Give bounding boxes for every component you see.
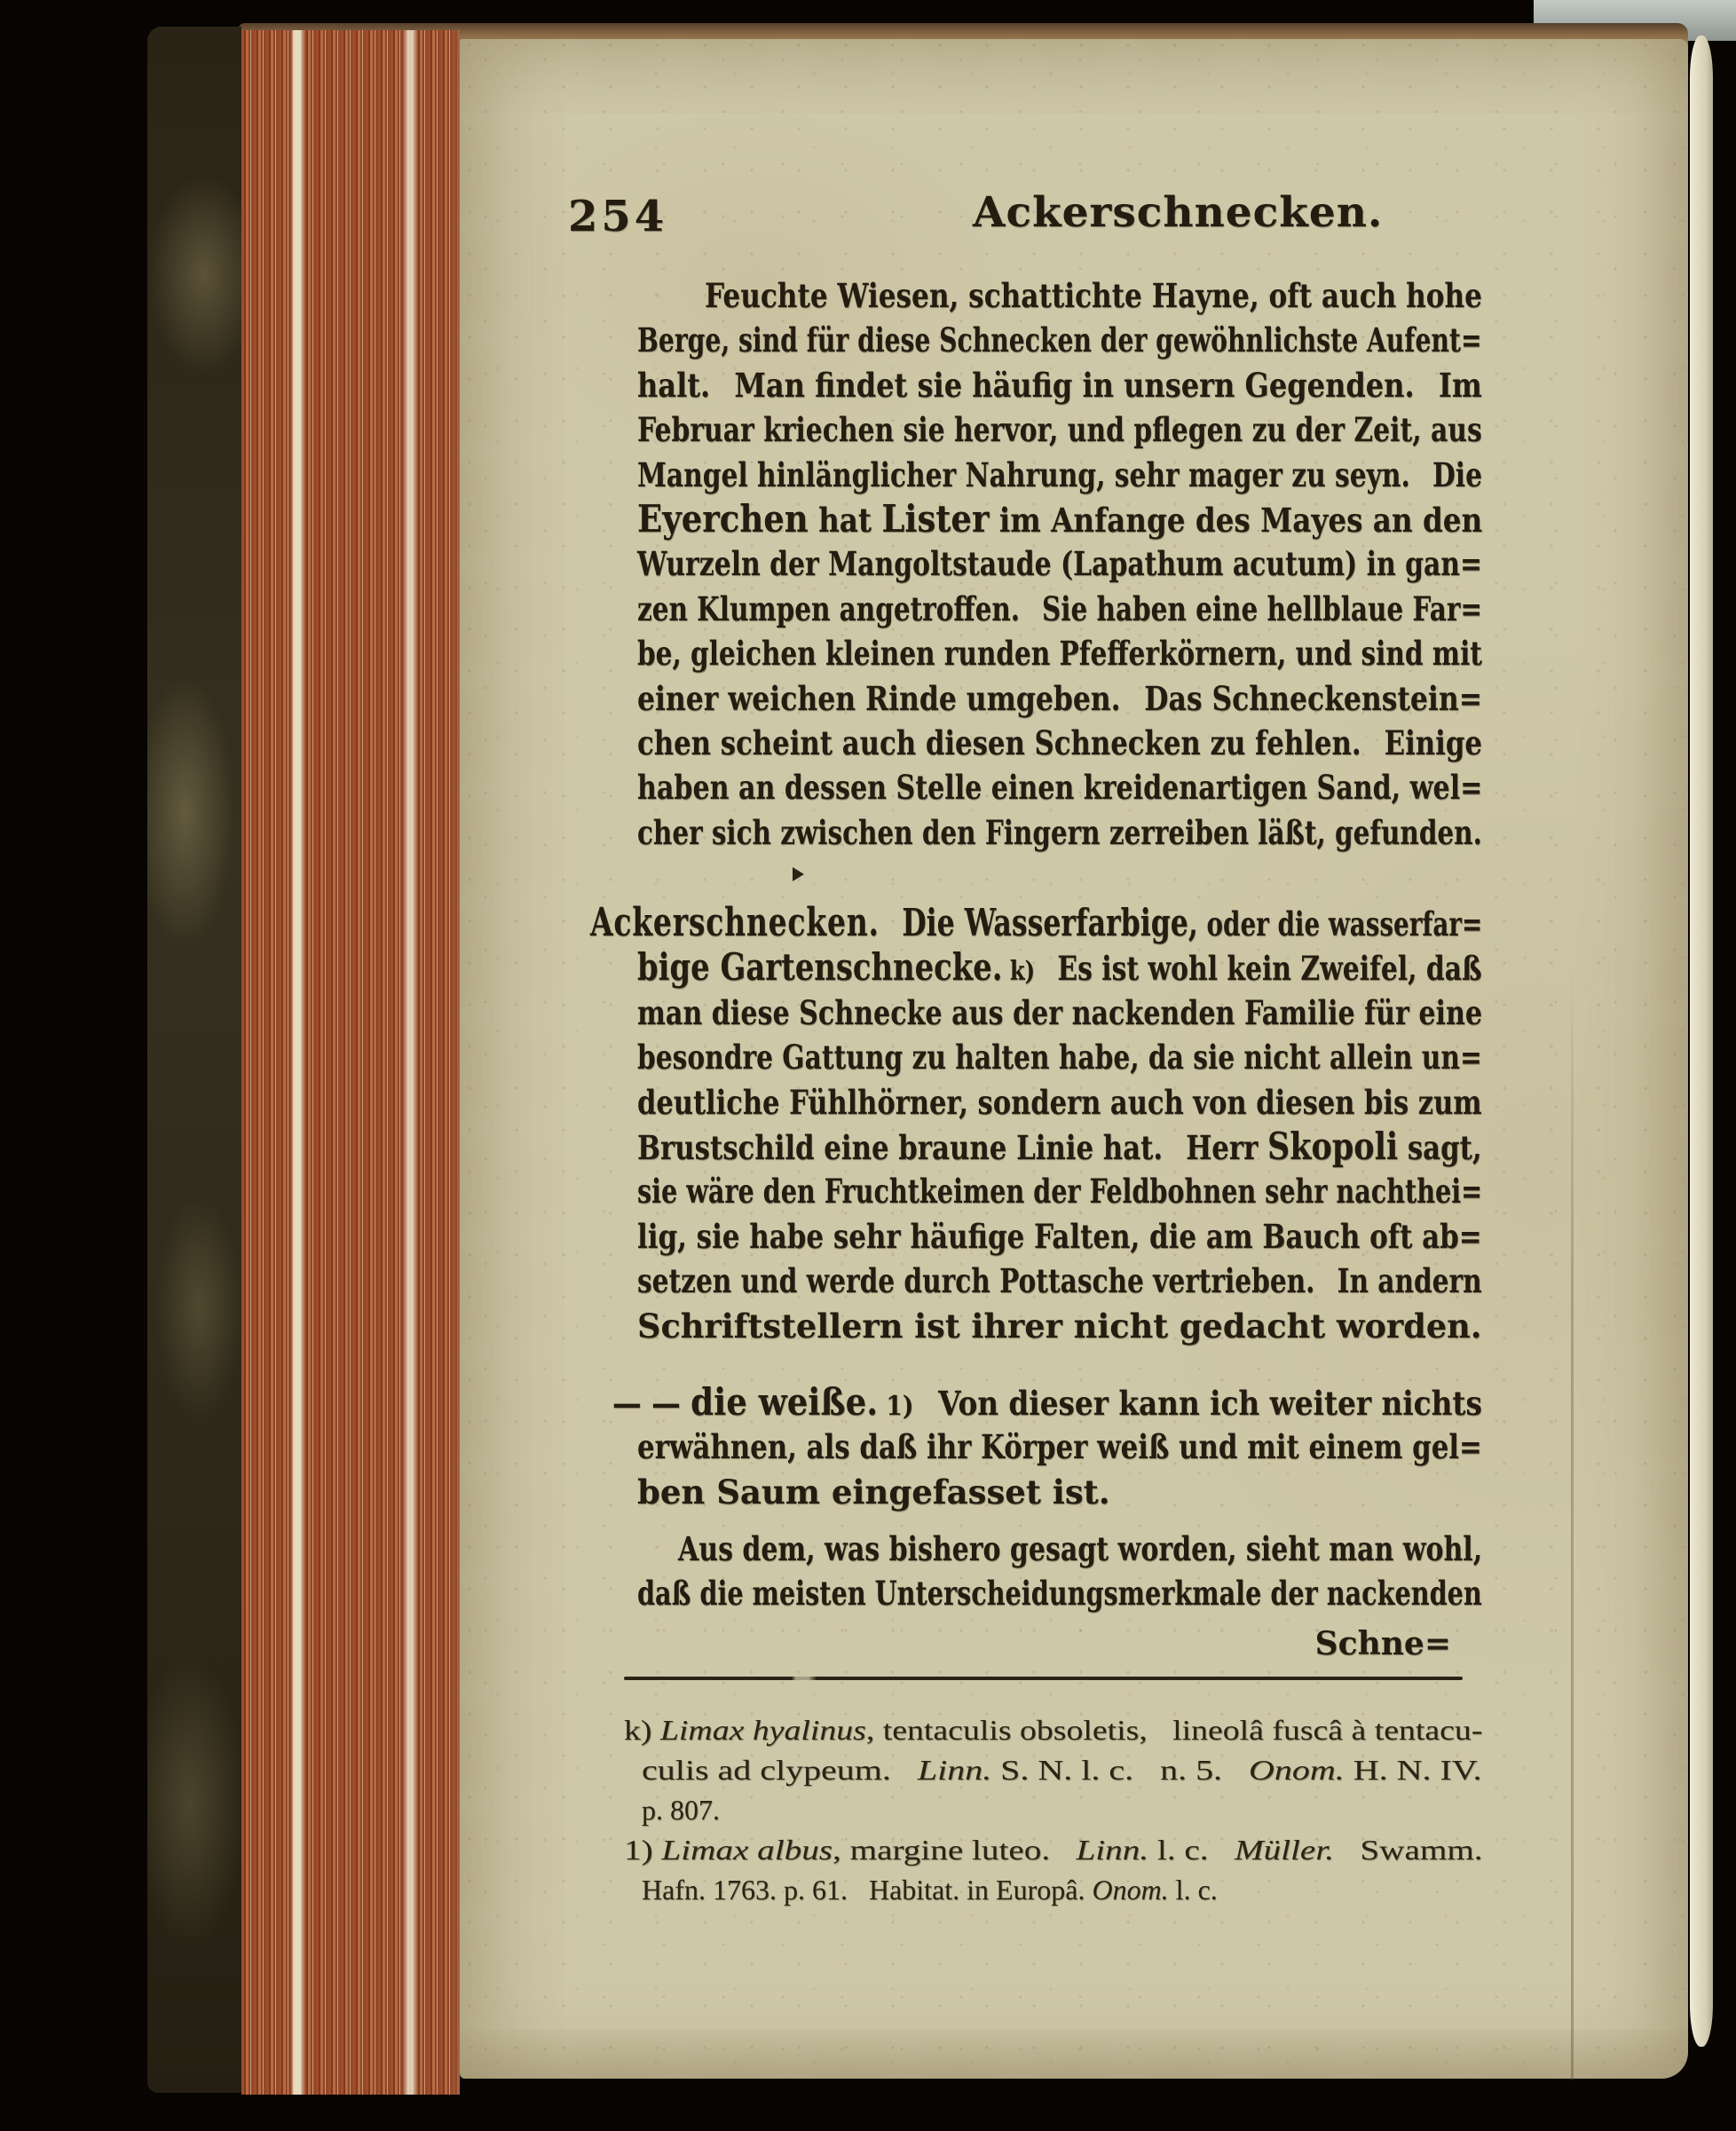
entry-word: Ackerschnecken.: [590, 900, 880, 945]
book-scan-photo: 254 Ackerschnecken. Feuchte Wiesen, scha…: [0, 0, 1736, 2131]
text-line: sie wäre den Fruchtkeimen der Feldbohnen…: [637, 1169, 1482, 1213]
line-text: cher sich zwischen den Fingern zerreiben…: [637, 810, 1482, 855]
text-line: Schriftstellern ist ihrer nicht gedacht …: [637, 1304, 1482, 1348]
emph-name: die weiße.: [690, 1380, 878, 1424]
text-line: Brustschild eine braune Linie hat. Herr …: [637, 1125, 1482, 1169]
paragraph-3: — — die weiße. 1) Von dieser kann ich we…: [637, 1380, 1482, 1514]
line-text: Von dieser kann ich weiter nichts: [913, 1384, 1481, 1423]
line-text: Eyerchen hat Lister im Anfange des Mayes…: [637, 497, 1482, 542]
line-text: sagt,: [1398, 1128, 1481, 1167]
latin-italic: Limax albus: [661, 1834, 832, 1866]
text-line: man diese Schnecke aus der nackenden Fam…: [637, 991, 1482, 1035]
footnote-label: k): [624, 1714, 660, 1746]
line-text: k) Limax hyalinus, tentaculis obsoletis,…: [624, 1710, 1482, 1750]
line-text: im Anfange des Mayes an den: [989, 501, 1482, 540]
line-text: chen scheint auch diesen Schnecken zu fe…: [637, 721, 1482, 765]
latin-italic: Linn.: [918, 1754, 991, 1786]
line-text: Berge, sind für diese Schnecken der gewö…: [637, 318, 1482, 362]
line-text: , margine luteo.: [832, 1834, 1076, 1866]
emph-name: Eyerchen: [637, 497, 809, 541]
line-text: Ackerschnecken.Die Wasserfarbige, oder d…: [590, 901, 1482, 946]
dashes: — —: [612, 1384, 690, 1423]
line-text: 1) Limax albus, margine luteo. Linn. l. …: [624, 1830, 1483, 1870]
line-text: sie wäre den Fruchtkeimen der Feldbohnen…: [637, 1169, 1482, 1213]
footnote-line: k) Limax hyalinus, tentaculis obsoletis,…: [624, 1710, 1482, 1750]
line-text: Hafn. 1763. p. 61. Habitat. in Europâ. O…: [642, 1870, 1218, 1910]
latin-italic: Müller.: [1235, 1834, 1334, 1866]
line-text: S. N. l. c. n. 5.: [991, 1754, 1249, 1786]
line-text: besondre Gattung zu halten habe, da sie …: [637, 1035, 1482, 1079]
line-text: Brustschild eine braune Linie hat. Herr: [637, 1128, 1267, 1167]
text-line: — — die weiße. 1) Von dieser kann ich we…: [612, 1380, 1482, 1425]
footnote-line: culis ad clypeum. Linn. S. N. l. c. n. 5…: [624, 1750, 1482, 1790]
line-text: Schriftstellern ist ihrer nicht gedacht …: [637, 1304, 1482, 1348]
footnote-rule: [624, 1677, 1463, 1680]
line-text: daß die meisten Unterscheidungsmerkmale …: [637, 1571, 1482, 1615]
text-line: Feuchte Wiesen, schattichte Hayne, oft a…: [637, 273, 1482, 318]
footnote-label: 1): [624, 1834, 661, 1866]
text-line: Wurzeln der Mangoltstaude (Lapathum acut…: [637, 541, 1482, 586]
paragraph-1: Feuchte Wiesen, schattichte Hayne, oft a…: [637, 273, 1482, 855]
text-line: setzen und werde durch Pottasche vertrie…: [637, 1259, 1482, 1303]
line-text: Feuchte Wiesen, schattichte Hayne, oft a…: [705, 273, 1482, 318]
line-text: bige Gartenschnecke. k) Es ist wohl kein…: [637, 945, 1482, 994]
line-text: halt. Man findet sie häufig in unsern Ge…: [637, 363, 1482, 407]
line-text: culis ad clypeum. Linn. S. N. l. c. n. 5…: [642, 1750, 1481, 1790]
footnote-line: Hafn. 1763. p. 61. Habitat. in Europâ. O…: [624, 1870, 1482, 1910]
line-text: deutliche Fühlhörner, sondern auch von d…: [637, 1080, 1482, 1125]
text-line: zen Klumpen angetroffen. Sie haben eine …: [637, 587, 1482, 631]
adjacent-page-edge: [1690, 36, 1713, 2047]
text-line: erwähnen, als daß ihr Körper weiß und mi…: [637, 1425, 1482, 1469]
line-text: l. c.: [1169, 1874, 1218, 1906]
running-head: Ackerschnecken.: [973, 188, 1383, 237]
line-text: H. N. IV.: [1345, 1754, 1482, 1786]
text-line: ben Saum eingefasset ist.: [637, 1470, 1482, 1514]
line-text: p. 807.: [642, 1790, 720, 1830]
line-text: , tentaculis obsoletis, lineolâ fuscâ à …: [866, 1714, 1483, 1746]
book-page: 254 Ackerschnecken. Feuchte Wiesen, scha…: [460, 39, 1688, 2079]
line-text: zen Klumpen angetroffen. Sie haben eine …: [637, 587, 1482, 631]
book-cover-edge: [147, 27, 241, 2093]
page-crease: [1571, 962, 1574, 2080]
text-line: be, gleichen kleinen runden Pfefferkörne…: [637, 631, 1482, 675]
text-line: halt. Man findet sie häufig in unsern Ge…: [637, 363, 1482, 407]
line-text: Mangel hinlänglicher Nahrung, sehr mager…: [637, 453, 1482, 497]
line-text: Wurzeln der Mangoltstaude (Lapathum acut…: [637, 541, 1482, 586]
emph-name: Skopoli: [1267, 1125, 1398, 1168]
line-text: be, gleichen kleinen runden Pfefferkörne…: [637, 631, 1482, 675]
line-text: Aus dem, was bishero gesagt worden, sieh…: [678, 1527, 1482, 1571]
paragraph-4: Aus dem, was bishero gesagt worden, sieh…: [637, 1527, 1482, 1616]
text-line: Berge, sind für diese Schnecken der gewö…: [637, 318, 1482, 362]
line-text: hat: [809, 501, 882, 540]
line-text: culis ad clypeum.: [642, 1754, 918, 1786]
emph-name: Die Wasserfarbige,: [902, 901, 1198, 944]
emph-name: Lister: [881, 497, 989, 541]
emph-name: bige Gartenschnecke.: [637, 945, 1003, 989]
page-number: 254: [568, 192, 667, 241]
text-line: einer weichen Rinde umgeben. Das Schneck…: [637, 676, 1482, 721]
line-text: — — die weiße. 1) Von dieser kann ich we…: [612, 1380, 1482, 1429]
latin-italic: Limax hyalinus: [660, 1714, 866, 1746]
text-line: cher sich zwischen den Fingern zerreiben…: [637, 810, 1482, 855]
text-line: Aus dem, was bishero gesagt worden, sieh…: [637, 1527, 1482, 1571]
text-line: deutliche Fühlhörner, sondern auch von d…: [637, 1080, 1482, 1125]
line-text: ben Saum eingefasset ist.: [637, 1470, 1110, 1514]
text-line: lig, sie habe sehr häufige Falten, die a…: [637, 1214, 1482, 1259]
line-text: lig, sie habe sehr häufige Falten, die a…: [637, 1214, 1482, 1259]
text-line: haben an dessen Stelle einen kreidenarti…: [637, 765, 1482, 809]
text-line: Ackerschnecken.Die Wasserfarbige, oder d…: [590, 901, 1482, 945]
footnote-line: 1) Limax albus, margine luteo. Linn. l. …: [624, 1830, 1482, 1870]
printer-mark: [793, 867, 804, 881]
line-text: Es ist wohl kein Zweifel, daß: [1035, 949, 1482, 988]
text-line: chen scheint auch diesen Schnecken zu fe…: [637, 721, 1482, 765]
line-text: Hafn. 1763. p. 61. Habitat. in Europâ.: [642, 1874, 1092, 1906]
line-text: setzen und werde durch Pottasche vertrie…: [637, 1259, 1482, 1303]
line-text: haben an dessen Stelle einen kreidenarti…: [637, 765, 1482, 809]
line-text: oder die wasserfar=: [1198, 904, 1482, 943]
text-line: Februar kriechen sie hervor, und pflegen…: [637, 407, 1482, 452]
line-text: Februar kriechen sie hervor, und pflegen…: [637, 407, 1482, 452]
line-text: erwähnen, als daß ihr Körper weiß und mi…: [637, 1425, 1482, 1469]
text-line: bige Gartenschnecke. k) Es ist wohl kein…: [637, 945, 1482, 990]
footnote-line: p. 807.: [624, 1790, 1482, 1830]
footnotes: k) Limax hyalinus, tentaculis obsoletis,…: [624, 1710, 1482, 1910]
line-text: l. c.: [1148, 1834, 1235, 1866]
paragraph-2: Ackerschnecken.Die Wasserfarbige, oder d…: [637, 901, 1482, 1348]
page-fore-edge-stack: [241, 30, 460, 2095]
text-line: Mangel hinlänglicher Nahrung, sehr mager…: [637, 453, 1482, 497]
line-text: einer weichen Rinde umgeben. Das Schneck…: [637, 676, 1482, 721]
text-line: Eyerchen hat Lister im Anfange des Mayes…: [637, 497, 1482, 541]
line-text: Brustschild eine braune Linie hat. Herr …: [637, 1125, 1482, 1170]
latin-italic: Onom.: [1092, 1874, 1168, 1906]
latin-italic: Onom.: [1249, 1754, 1345, 1786]
text-line: besondre Gattung zu halten habe, da sie …: [637, 1035, 1482, 1079]
text-line: daß die meisten Unterscheidungsmerkmale …: [637, 1571, 1482, 1615]
catchword: Schne=: [1315, 1622, 1451, 1666]
line-text: man diese Schnecke aus der nackenden Fam…: [637, 991, 1482, 1035]
latin-italic: Linn.: [1077, 1834, 1149, 1866]
line-text: Swamm.: [1334, 1834, 1483, 1866]
footnote-mark: k): [1003, 956, 1036, 987]
footnote-mark: 1): [878, 1391, 913, 1422]
